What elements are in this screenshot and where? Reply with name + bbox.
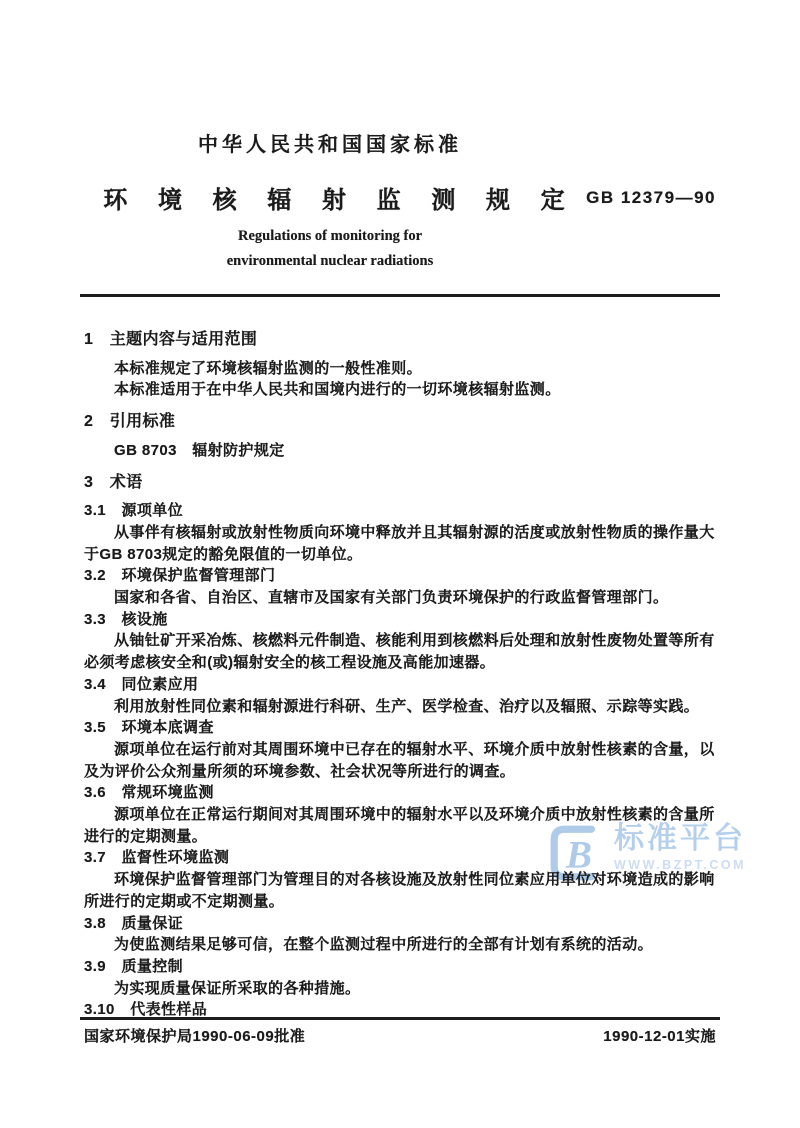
paragraph: 源项单位在运行前对其周围环境中已存在的辐射水平、环境介质中放射性核素的含量，以及…: [84, 739, 716, 782]
title-en-line1: Regulations of monitoring for: [80, 224, 580, 249]
paragraph: 为实现质量保证所采取的各种措施。: [84, 978, 716, 1000]
paragraph: 源项单位在正常运行期间对其周围环境中的辐射水平以及环境介质中放射性核素的含量所进…: [84, 804, 716, 847]
subsection-heading: 3.4 同位素应用: [84, 674, 716, 696]
paragraph: 为使监测结果足够可信，在整个监测过程中所进行的全部有计划有系统的活动。: [84, 934, 716, 956]
header-divider: [80, 294, 720, 297]
subsection-heading: 3.3 核设施: [84, 609, 716, 631]
document-title-cn: 环 境 核 辐 射 监 测 规 定: [70, 180, 610, 215]
subsection-heading: 3.7 监督性环境监测: [84, 847, 716, 869]
document-title-en: Regulations of monitoring for environmen…: [80, 224, 580, 274]
implementation-note: 1990-12-01实施: [603, 1025, 716, 1046]
document-page: 中华人民共和国国家标准 环 境 核 辐 射 监 测 规 定 GB 12379—9…: [0, 0, 800, 1128]
paragraph: 利用放射性同位素和辐射源进行科研、生产、医学检查、治疗以及辐照、示踪等实践。: [84, 696, 716, 718]
paragraph: 国家和各省、自治区、直辖市及国家有关部门负责环境保护的行政监督管理部门。: [84, 587, 716, 609]
subsection-heading: 3.6 常规环境监测: [84, 782, 716, 804]
chapter-heading: 2 引用标准: [84, 411, 716, 433]
subsection-heading: 3.1 源项单位: [84, 500, 716, 522]
national-standard-label: 中华人民共和国国家标准: [80, 128, 580, 157]
title-en-line2: environmental nuclear radiations: [80, 249, 580, 274]
paragraph: 环境保护监督管理部门为管理目的对各核设施及放射性同位素应用单位对环境造成的影响所…: [84, 869, 716, 912]
approval-note: 国家环境保护局1990-06-09批准: [84, 1025, 305, 1046]
subsection-heading: 3.8 质量保证: [84, 913, 716, 935]
chapter-heading: 3 术语: [84, 472, 716, 494]
subsection-heading: 3.10 代表性样品: [84, 999, 716, 1021]
subsection-heading: 3.9 质量控制: [84, 956, 716, 978]
chapter-heading: 1 主题内容与适用范围: [84, 329, 716, 351]
document-body: 1 主题内容与适用范围 本标准规定了环境核辐射监测的一般性准则。 本标准适用于在…: [84, 329, 716, 1021]
paragraph: 从事伴有核辐射或放射性物质向环境中释放并且其辐射源的活度或放射性物质的操作量大于…: [84, 522, 716, 565]
subsection-heading: 3.2 环境保护监督管理部门: [84, 565, 716, 587]
paragraph: 从铀钍矿开采冶炼、核燃料元件制造、核能利用到核燃料后处理和放射性废物处置等所有必…: [84, 630, 716, 673]
reference-entry: GB 8703 辐射防护规定: [84, 440, 716, 462]
paragraph: 本标准规定了环境核辐射监测的一般性准则。: [84, 358, 716, 380]
subsection-heading: 3.5 环境本底调查: [84, 717, 716, 739]
paragraph: 本标准适用于在中华人民共和国境内进行的一切环境核辐射监测。: [84, 379, 716, 401]
standard-number: GB 12379—90: [586, 188, 716, 208]
